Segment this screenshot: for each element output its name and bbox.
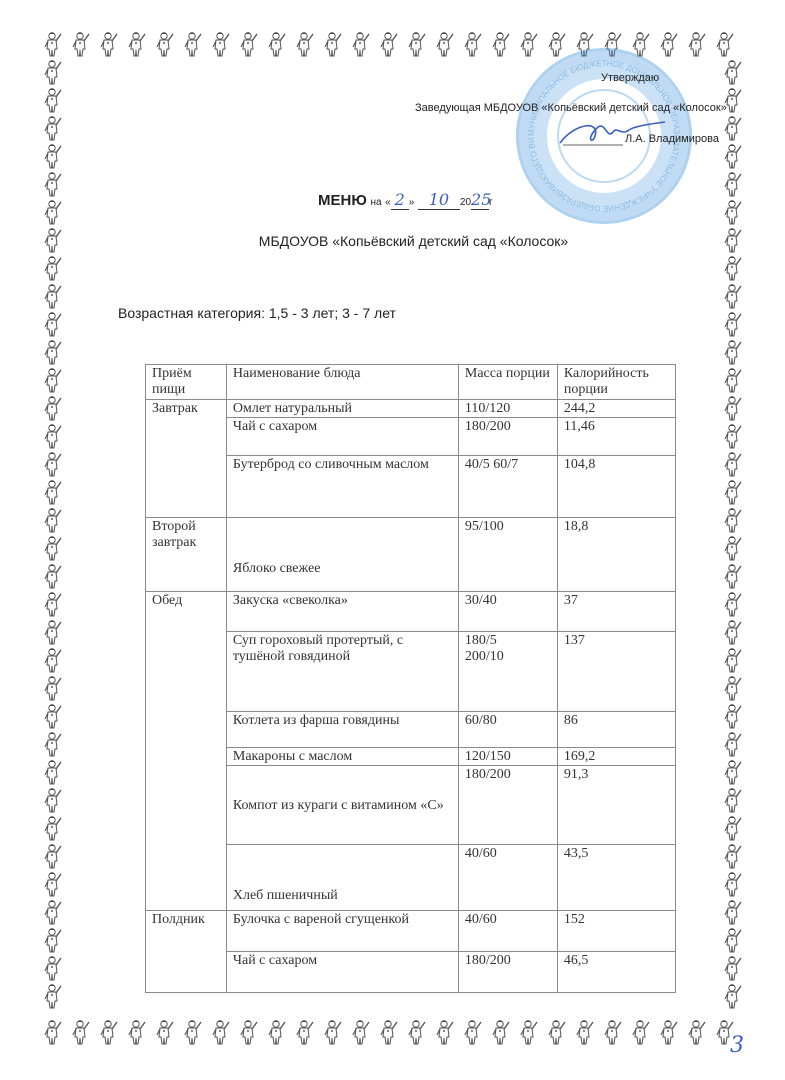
child-figure-icon [40, 58, 68, 86]
child-figure-icon [720, 982, 748, 1010]
child-figure-icon [516, 1018, 544, 1046]
child-figure-icon [40, 534, 68, 562]
child-figure-icon [40, 926, 68, 954]
child-figure-icon [40, 170, 68, 198]
portion-calories: 86 [557, 712, 675, 748]
child-figure-icon [40, 506, 68, 534]
dish-name: Чай с сахаром [226, 418, 458, 456]
child-figure-icon [40, 646, 68, 674]
child-figure-icon [720, 926, 748, 954]
decorative-border-bottom [40, 1018, 740, 1046]
portion-calories: 46,5 [557, 952, 675, 993]
child-figure-icon [720, 842, 748, 870]
organization-name: МБДОУОВ «Копьёвский детский сад «Колосок… [0, 233, 785, 249]
child-figure-icon [432, 1018, 460, 1046]
child-figure-icon [124, 30, 152, 58]
portion-calories: 244,2 [557, 400, 675, 418]
child-figure-icon [68, 1018, 96, 1046]
child-figure-icon [292, 1018, 320, 1046]
child-figure-icon [40, 590, 68, 618]
table-row: ЗавтракОмлет натуральный110/120244,2 [146, 400, 676, 418]
column-header: Масса порции [458, 365, 557, 400]
child-figure-icon [40, 450, 68, 478]
dish-name: Суп гороховый протертый, с тушёной говяд… [226, 632, 458, 712]
portion-mass: 40/5 60/7 [458, 456, 557, 518]
dish-name: Хлеб пшеничный [226, 845, 458, 911]
child-figure-icon [152, 30, 180, 58]
table-row: ПолдникБулочка с вареной сгущенкой40/601… [146, 911, 676, 952]
child-figure-icon [460, 1018, 488, 1046]
child-figure-icon [40, 338, 68, 366]
child-figure-icon [208, 30, 236, 58]
child-figure-icon [720, 394, 748, 422]
menu-year-suffix: 25 [471, 190, 489, 210]
child-figure-icon [40, 702, 68, 730]
child-figure-icon [40, 30, 68, 58]
portion-mass: 60/80 [458, 712, 557, 748]
portion-calories: 137 [557, 632, 675, 712]
child-figure-icon [720, 282, 748, 310]
portion-calories: 18,8 [557, 518, 675, 592]
menu-month: 10 [418, 190, 460, 210]
child-figure-icon [488, 1018, 516, 1046]
child-figure-icon [40, 282, 68, 310]
dish-name: Котлета из фарша говядины [226, 712, 458, 748]
child-figure-icon [40, 982, 68, 1010]
portion-calories: 11,46 [557, 418, 675, 456]
child-figure-icon [720, 562, 748, 590]
approval-name: Л.А. Владимирова [625, 133, 719, 145]
child-figure-icon [40, 86, 68, 114]
meal-name: Завтрак [146, 400, 227, 518]
portion-mass: 180/200 [458, 418, 557, 456]
child-figure-icon [124, 1018, 152, 1046]
child-figure-icon [720, 478, 748, 506]
child-figure-icon [628, 1018, 656, 1046]
child-figure-icon [720, 142, 748, 170]
child-figure-icon [96, 1018, 124, 1046]
child-figure-icon [320, 30, 348, 58]
child-figure-icon [40, 674, 68, 702]
child-figure-icon [600, 1018, 628, 1046]
child-figure-icon [720, 198, 748, 226]
table-row: ОбедЗакуска «свеколка»30/4037 [146, 592, 676, 632]
menu-table: Приём пищиНаименование блюдаМасса порции… [145, 364, 676, 993]
child-figure-icon [720, 954, 748, 982]
child-figure-icon [720, 422, 748, 450]
dish-name: Закуска «свеколка» [226, 592, 458, 632]
child-figure-icon [264, 30, 292, 58]
quote-close: » [409, 197, 415, 208]
child-figure-icon [720, 170, 748, 198]
column-header: Наименование блюда [226, 365, 458, 400]
meal-name: Второй завтрак [146, 518, 227, 592]
year-prefix: 20 [460, 197, 471, 208]
child-figure-icon [236, 1018, 264, 1046]
portion-mass: 110/120 [458, 400, 557, 418]
child-figure-icon [720, 338, 748, 366]
portion-calories: 43,5 [557, 845, 675, 911]
child-figure-icon [40, 814, 68, 842]
child-figure-icon [572, 1018, 600, 1046]
child-figure-icon [180, 30, 208, 58]
dish-name: Компот из кураги с витамином «С» [226, 766, 458, 845]
child-figure-icon [488, 30, 516, 58]
meal-name: Полдник [146, 911, 227, 993]
child-figure-icon [720, 814, 748, 842]
portion-calories: 91,3 [557, 766, 675, 845]
child-figure-icon [376, 30, 404, 58]
child-figure-icon [40, 842, 68, 870]
portion-calories: 37 [557, 592, 675, 632]
child-figure-icon [720, 114, 748, 142]
child-figure-icon [40, 310, 68, 338]
child-figure-icon [720, 898, 748, 926]
column-header: Калорийность порции [557, 365, 675, 400]
portion-mass: 180/5200/10 [458, 632, 557, 712]
portion-mass: 40/60 [458, 911, 557, 952]
child-figure-icon [180, 1018, 208, 1046]
child-figure-icon [720, 534, 748, 562]
child-figure-icon [40, 114, 68, 142]
child-figure-icon [40, 198, 68, 226]
child-figure-icon [40, 618, 68, 646]
child-figure-icon [348, 30, 376, 58]
child-figure-icon [656, 1018, 684, 1046]
child-figure-icon [292, 30, 320, 58]
child-figure-icon [40, 786, 68, 814]
child-figure-icon [684, 1018, 712, 1046]
on-word: на [370, 197, 381, 208]
dish-name: Чай с сахаром [226, 952, 458, 993]
child-figure-icon [544, 1018, 572, 1046]
table-header-row: Приём пищиНаименование блюдаМасса порции… [146, 365, 676, 400]
child-figure-icon [40, 562, 68, 590]
portion-calories: 152 [557, 911, 675, 952]
child-figure-icon [432, 30, 460, 58]
child-figure-icon [40, 870, 68, 898]
dish-name: Макароны с маслом [226, 748, 458, 766]
child-figure-icon [720, 646, 748, 674]
child-figure-icon [720, 618, 748, 646]
child-figure-icon [720, 674, 748, 702]
child-figure-icon [96, 30, 124, 58]
child-figure-icon [152, 1018, 180, 1046]
child-figure-icon [720, 310, 748, 338]
child-figure-icon [40, 758, 68, 786]
portion-mass: 95/100 [458, 518, 557, 592]
child-figure-icon [720, 590, 748, 618]
child-figure-icon [40, 254, 68, 282]
menu-day: 2 [391, 190, 409, 210]
child-figure-icon [376, 1018, 404, 1046]
child-figure-icon [40, 422, 68, 450]
child-figure-icon [208, 1018, 236, 1046]
child-figure-icon [720, 450, 748, 478]
portion-mass: 30/40 [458, 592, 557, 632]
child-figure-icon [40, 366, 68, 394]
menu-title: МЕНЮ на «2» 102025г [318, 190, 493, 210]
decorative-border-left [40, 58, 68, 1010]
portion-calories: 169,2 [557, 748, 675, 766]
dish-name: Яблоко свежее [226, 518, 458, 592]
child-figure-icon [720, 506, 748, 534]
child-figure-icon [68, 30, 96, 58]
portion-mass: 180/200 [458, 952, 557, 993]
child-figure-icon [720, 758, 748, 786]
table-row: Второй завтракЯблоко свежее95/10018,8 [146, 518, 676, 592]
dish-name: Булочка с вареной сгущенкой [226, 911, 458, 952]
dish-name: Бутерброд со сливочным маслом [226, 456, 458, 518]
child-figure-icon [460, 30, 488, 58]
child-figure-icon [236, 30, 264, 58]
column-header: Приём пищи [146, 365, 227, 400]
child-figure-icon [40, 898, 68, 926]
child-figure-icon [720, 254, 748, 282]
portion-mass: 120/150 [458, 748, 557, 766]
child-figure-icon [40, 478, 68, 506]
child-figure-icon [40, 142, 68, 170]
child-figure-icon [720, 870, 748, 898]
child-figure-icon [40, 730, 68, 758]
child-figure-icon [712, 30, 740, 58]
child-figure-icon [40, 954, 68, 982]
page-number: 3 [730, 1033, 744, 1058]
approval-position: Заведующая МБДОУОВ «Копьёвский детский с… [415, 102, 727, 114]
meal-name: Обед [146, 592, 227, 911]
portion-calories: 104,8 [557, 456, 675, 518]
age-category: Возрастная категория: 1,5 - 3 лет; 3 - 7… [118, 305, 396, 321]
portion-mass: 180/200 [458, 766, 557, 845]
year-label: г [489, 197, 493, 208]
child-figure-icon [720, 702, 748, 730]
child-figure-icon [720, 730, 748, 758]
portion-mass: 40/60 [458, 845, 557, 911]
dish-name: Омлет натуральный [226, 400, 458, 418]
child-figure-icon [320, 1018, 348, 1046]
child-figure-icon [348, 1018, 376, 1046]
menu-word: МЕНЮ [318, 192, 367, 209]
child-figure-icon [720, 58, 748, 86]
decorative-border-right [720, 58, 748, 1010]
approval-title: Утверждаю [601, 72, 659, 84]
child-figure-icon [720, 786, 748, 814]
child-figure-icon [404, 1018, 432, 1046]
child-figure-icon [404, 30, 432, 58]
child-figure-icon [40, 394, 68, 422]
child-figure-icon [720, 366, 748, 394]
child-figure-icon [264, 1018, 292, 1046]
child-figure-icon [40, 1018, 68, 1046]
